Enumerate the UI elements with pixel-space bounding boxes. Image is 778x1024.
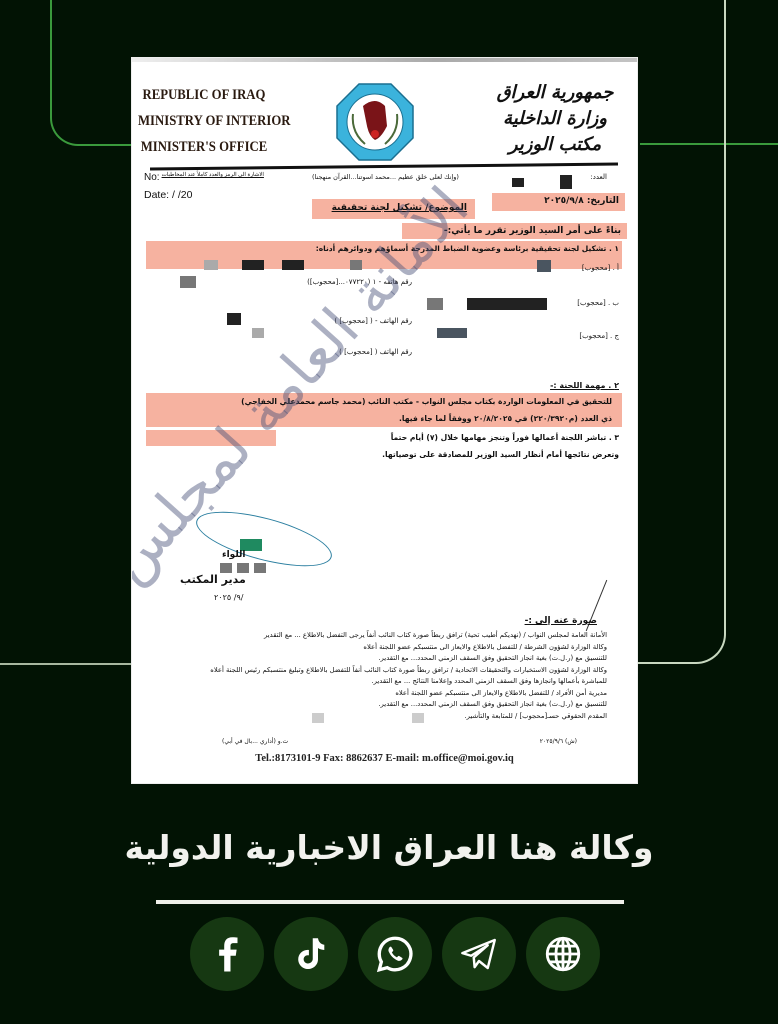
header-ar-line: وزارة الداخلية <box>495 106 615 132</box>
item-2-line-2: ذي العدد (م٢٢٠/٣٩٢٠) في ٢٠/٨/٢٠٢٥ ووفقاً… <box>399 414 612 423</box>
redaction <box>467 298 547 310</box>
item-2-title: ٢ . مهمة اللجنة :- <box>550 381 619 390</box>
facebook-button[interactable] <box>190 917 264 991</box>
document-number-ar: العدد: <box>590 173 607 181</box>
item-1-b-phone: رقم الهاتف - ( [محجوب] ) <box>334 317 412 325</box>
item-1-c: ج . [محجوب] <box>579 332 619 340</box>
website-button[interactable] <box>526 917 600 991</box>
redaction <box>242 260 264 270</box>
redaction <box>227 313 241 325</box>
intro-line: بناءً على أمر السيد الوزير تقرر ما يأتي:… <box>444 226 621 236</box>
header-en-line: MINISTRY OF INTERIOR <box>138 108 270 134</box>
document-subject: الموضوع/ تشكيل لجنة تحقيقية <box>332 203 467 213</box>
facebook-icon <box>206 933 248 975</box>
item-2-line-1: للتحقيق في المعلومات الواردة بكتاب مجلس … <box>241 397 612 406</box>
item-3-line-2: وتعرض نتائجها أمام أنظار السيد الوزير لل… <box>382 450 619 459</box>
redaction <box>312 713 324 723</box>
cc-item: الأمانة العامة لمجلس النواب / (نهديكم أط… <box>137 630 607 642</box>
cc-item: للمباشرة بأعمالها وانجازها وفق السقف الز… <box>137 676 607 688</box>
whatsapp-icon <box>374 933 416 975</box>
agency-name: وكالة هنا العراق الاخبارية الدولية <box>0 828 778 867</box>
header-ar-line: مكتب الوزير <box>495 132 615 158</box>
motto-quote: (وإنك لعلى خلق عظيم ...محمد اسوتنا...الق… <box>312 173 459 181</box>
redaction <box>560 175 572 189</box>
document-date-ar: التاريخ: ٢٠٢٥/٩/٨ <box>544 196 619 206</box>
redaction <box>180 276 196 288</box>
redaction <box>254 563 266 573</box>
redaction <box>282 260 304 270</box>
cc-item: المقدم الحقوقي حسـ[محجوب] / للمتابعة وال… <box>137 711 607 723</box>
whatsapp-button[interactable] <box>358 917 432 991</box>
item-1-text: ١ . تشكيل لجنة تحقيقية برئاسة وعضوية الض… <box>316 244 619 253</box>
redaction <box>204 260 218 270</box>
header-en-line: REPUBLIC OF IRAQ <box>138 82 270 108</box>
cc-item: للتنسيق مع (ر.ل.ت) بغية انجاز التحقيق وف… <box>137 653 607 665</box>
header-arabic: جمهورية العراق وزارة الداخلية مكتب الوزي… <box>495 80 615 158</box>
header-english: REPUBLIC OF IRAQ MINISTRY OF INTERIOR MI… <box>138 82 270 160</box>
redaction <box>427 298 443 310</box>
highlight <box>146 430 276 446</box>
paper-edge <box>132 58 637 62</box>
item-1-c-phone: رقم الهاتف ( [محجوب] ) <box>339 348 412 356</box>
official-document: REPUBLIC OF IRAQ MINISTRY OF INTERIOR MI… <box>132 58 637 783</box>
redaction <box>412 713 424 723</box>
redaction <box>537 260 551 272</box>
header-divider <box>150 163 618 171</box>
cc-item: مديرية أمن الأفراد / للتفضل بالاطلاع وال… <box>137 688 607 700</box>
item-1-a: أ . [محجوب] <box>582 264 619 272</box>
signature-date: /٩/ ٢٠٢٥ <box>214 593 243 602</box>
header-en-line: MINISTER'S OFFICE <box>138 134 270 160</box>
cc-item: للتنسيق مع (ر.ل.ت) بغية انجاز التحقيق وف… <box>137 699 607 711</box>
agency-divider <box>156 900 624 904</box>
tiktok-icon <box>290 933 332 975</box>
signer-title: مدير المكتب <box>180 573 246 586</box>
document-date-en: Date: / /20 <box>144 189 192 201</box>
redaction <box>237 563 249 573</box>
contact-footer: Tel.:8173101-9 Fax: 8862637 E-mail: m.of… <box>132 753 637 764</box>
no-note: الاشارة الى الرمز والعدد كاملاً عند المخ… <box>162 172 264 178</box>
item-1-b: ب . [محجوب] <box>577 299 619 307</box>
reference-right: (ش) ٢٠٢٥/٩/٦ <box>540 738 577 745</box>
redaction <box>512 178 524 187</box>
redaction <box>437 328 467 338</box>
reference-left: ت.و (أداري ...بال في أبي) <box>222 738 288 745</box>
item-3-line-1: ٣ . تباشر اللجنة أعمالها فوراً وتنجز مها… <box>391 433 619 442</box>
signer-rank: اللواء <box>222 550 245 560</box>
redaction <box>220 563 232 573</box>
cc-item: وكالة الوزارة لشؤون الاستخبارات والتحقيق… <box>137 665 607 677</box>
cc-list: الأمانة العامة لمجلس النواب / (نهديكم أط… <box>137 630 607 722</box>
ministry-emblem-icon <box>335 82 415 162</box>
item-1-a-phone: رقم هاتفه - ١ (٠٧٧٢٢٠...[محجوب]) <box>307 278 412 286</box>
cc-title: صورة عنه إلى :- <box>525 616 597 626</box>
redaction <box>350 260 362 270</box>
telegram-button[interactable] <box>442 917 516 991</box>
tiktok-button[interactable] <box>274 917 348 991</box>
no-label: No: <box>144 172 160 183</box>
cc-item: وكالة الوزارة لشؤون الشرطة / للتفضل بالا… <box>137 642 607 654</box>
decorative-line <box>0 663 135 665</box>
social-links <box>190 917 600 997</box>
telegram-icon <box>458 933 500 975</box>
header-ar-line: جمهورية العراق <box>495 80 615 106</box>
redaction <box>252 328 264 338</box>
document-number-en: No:الاشارة الى الرمز والعدد كاملاً عند ا… <box>144 172 264 183</box>
globe-icon <box>542 933 584 975</box>
